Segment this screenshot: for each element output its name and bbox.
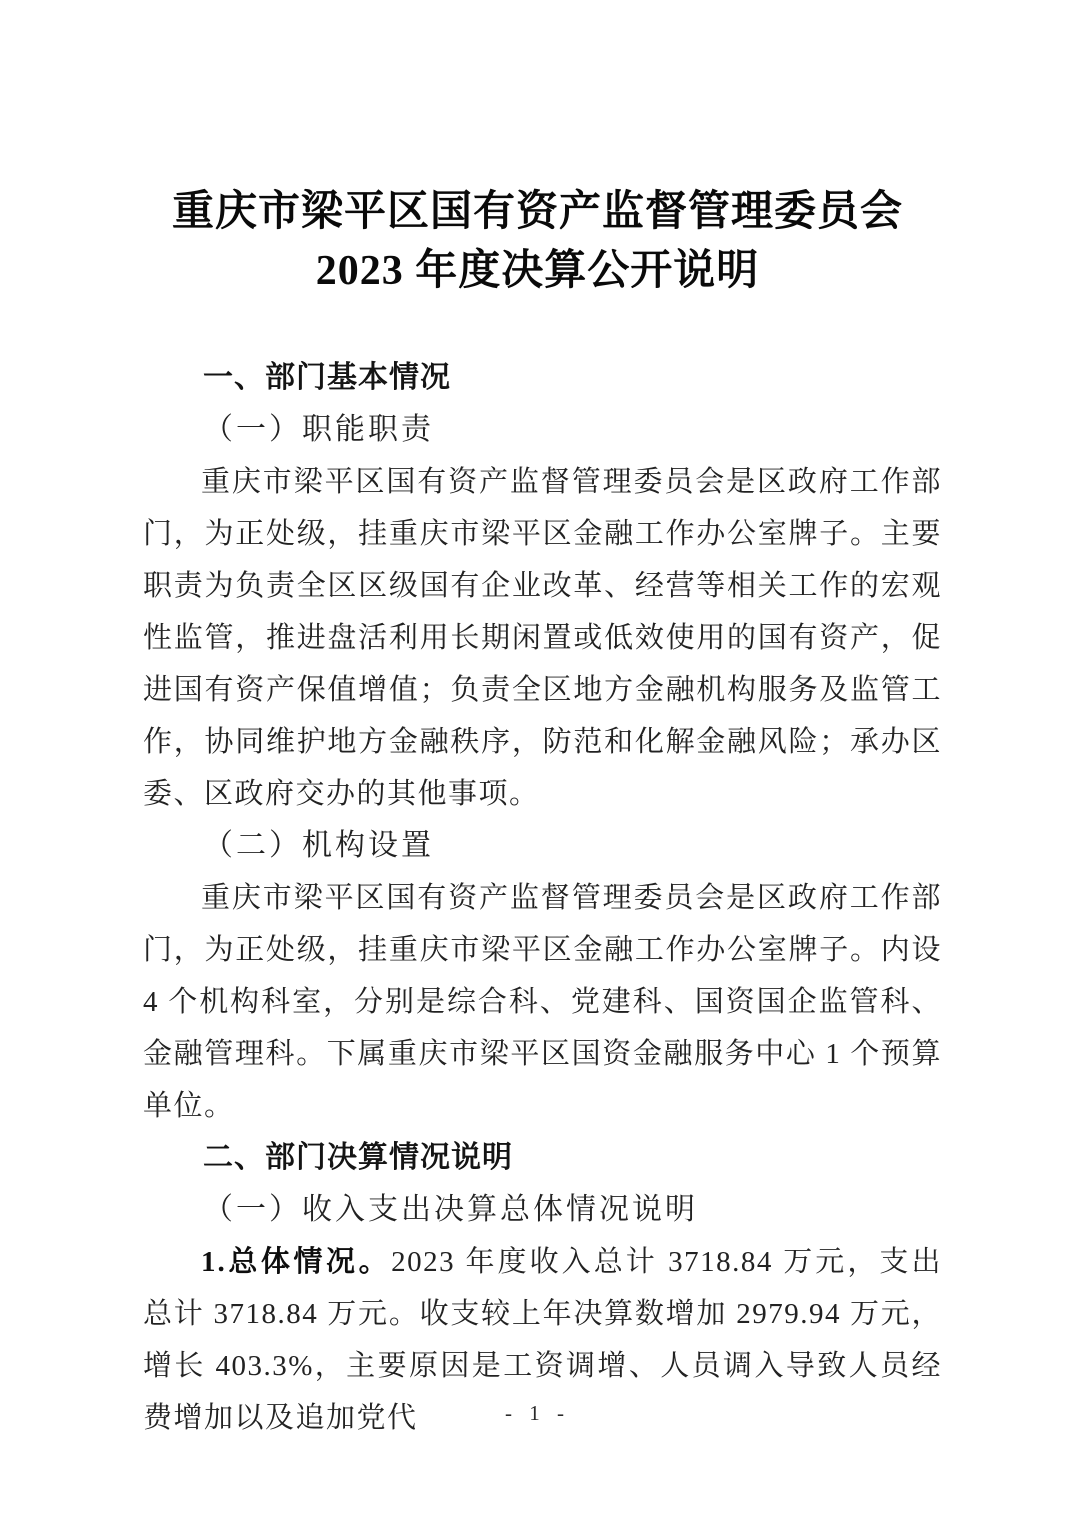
paragraph-duties: 重庆市梁平区国有资产监督管理委员会是区政府工作部门，为正处级，挂重庆市梁平区金融… bbox=[143, 456, 942, 820]
section-1-heading: 一、部门基本情况 bbox=[143, 352, 942, 404]
document-title: 重庆市梁平区国有资产监督管理委员会 2023 年度决算公开说明 bbox=[0, 0, 1075, 301]
section-1-sub1-heading: （一）职能职责 bbox=[143, 404, 942, 456]
section-1-sub2-heading: （二）机构设置 bbox=[143, 820, 942, 872]
document-title-line2: 2023 年度决算公开说明 bbox=[0, 242, 1075, 301]
section-2-heading: 二、部门决算情况说明 bbox=[143, 1132, 942, 1184]
paragraph-overall-lead: 1.总体情况。 bbox=[201, 1246, 391, 1278]
document-body: 一、部门基本情况 （一）职能职责 重庆市梁平区国有资产监督管理委员会是区政府工作… bbox=[143, 352, 942, 1444]
page-footer: - 1 - bbox=[0, 1398, 1075, 1428]
paragraph-organization: 重庆市梁平区国有资产监督管理委员会是区政府工作部门，为正处级，挂重庆市梁平区金融… bbox=[143, 872, 942, 1132]
document-page: 重庆市梁平区国有资产监督管理委员会 2023 年度决算公开说明 一、部门基本情况… bbox=[0, 0, 1075, 1520]
document-title-line1: 重庆市梁平区国有资产监督管理委员会 bbox=[0, 183, 1075, 242]
page-number: - 1 - bbox=[505, 1401, 570, 1425]
section-2-sub1-heading: （一）收入支出决算总体情况说明 bbox=[143, 1184, 942, 1236]
